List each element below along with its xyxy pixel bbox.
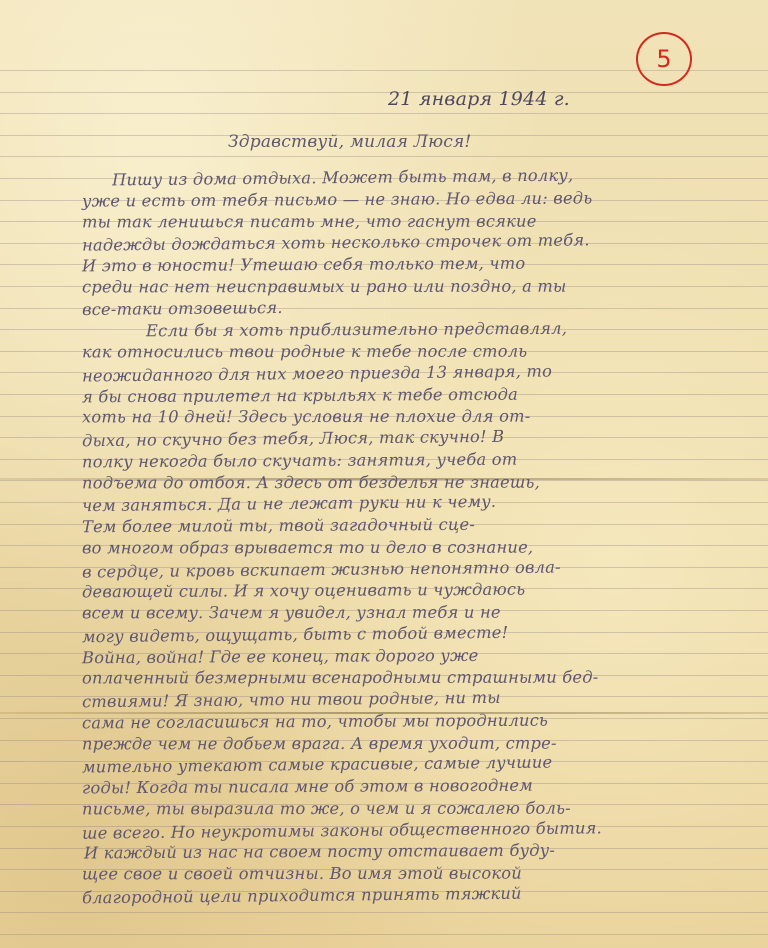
page-number-badge: 5 — [636, 32, 692, 86]
letter-line: чем заняться. Да и не лежат руки ни к че… — [82, 492, 496, 515]
letter-line: ше всего. Но неукротимы законы обществен… — [82, 818, 602, 842]
letter-date: 21 января 1944 г. — [388, 88, 570, 110]
ruled-line — [0, 912, 768, 913]
letter-line: уже и есть от тебя письмо — не знаю. Но … — [82, 188, 592, 210]
letter-line: прежде чем не добьем врага. А время уход… — [82, 734, 557, 754]
letter-line: во многом образ врывается то и дело в со… — [82, 538, 533, 558]
ruled-line — [0, 156, 768, 157]
letter-line: щее свое и своей отчизны. Во имя этой вы… — [82, 864, 522, 884]
ruled-line — [0, 113, 768, 114]
letter-line: полку некогда было скучать: занятия, уче… — [82, 450, 517, 472]
letter-line: Война, война! Где ее конец, так дорого у… — [82, 646, 479, 667]
letter-line: как относились твои родные к тебе после … — [82, 342, 527, 362]
letter-line: Тем более милой ты, твой загадочный сце- — [82, 515, 475, 536]
letter-line: Если бы я хоть приблизительно представля… — [146, 319, 567, 341]
letter-page: 5 21 января 1944 г. Здравствуй, милая Лю… — [0, 0, 768, 948]
letter-line: ты так ленишься писать мне, что гаснут в… — [82, 212, 537, 232]
letter-line: благородной цели приходится принять тяжк… — [82, 884, 522, 908]
letter-line: неожиданного для них моего приезда 13 ян… — [82, 362, 552, 386]
letter-line: дыха, но скучно без тебя, Люся, так скуч… — [82, 427, 504, 450]
letter-line: мительно утекают самые красивые, самые л… — [82, 753, 553, 777]
letter-line: подъема до отбоя. А здесь от безделья не… — [82, 473, 540, 493]
letter-greeting: Здравствуй, милая Люся! — [228, 132, 471, 152]
letter-line: в сердце, и кровь вскипает жизнью непоня… — [82, 557, 561, 581]
ruled-line — [0, 92, 768, 93]
letter-line: ствиями! Я знаю, что ни твои родные, ни … — [82, 688, 501, 711]
letter-line: хоть на 10 дней! Здесь условия не плохие… — [82, 407, 530, 427]
letter-line: И каждый из нас на своем посту отстаивае… — [84, 841, 555, 863]
letter-line: девающей силы. И я хочу оценивать и чужд… — [82, 580, 525, 602]
letter-line: Пишу из дома отдыха. Может быть там, в п… — [112, 166, 574, 190]
letter-line: оплаченный безмерными всенародными страш… — [82, 668, 598, 688]
letter-line: могу видеть, ощущать, быть с тобой вмест… — [82, 623, 508, 646]
letter-line: письме, ты выразила то же, о чем и я сож… — [82, 799, 571, 819]
ruled-line — [0, 934, 768, 935]
letter-line: всем и всему. Зачем я увидел, узнал тебя… — [82, 603, 501, 623]
letter-line: я бы снова прилетел на крыльях к тебе от… — [82, 385, 518, 407]
letter-line: годы! Когда ты писала мне об этом в ново… — [82, 776, 533, 798]
letter-line: сама не согласишься на то, чтобы мы поро… — [82, 711, 548, 733]
letter-line: И это в юности! Утешаю себя только тем, … — [82, 254, 525, 276]
letter-line: среди нас нет неисправимых и рано или по… — [82, 277, 567, 297]
letter-line: надежды дождаться хоть несколько строчек… — [82, 230, 590, 254]
letter-line: все-таки отзовешься. — [82, 298, 283, 319]
